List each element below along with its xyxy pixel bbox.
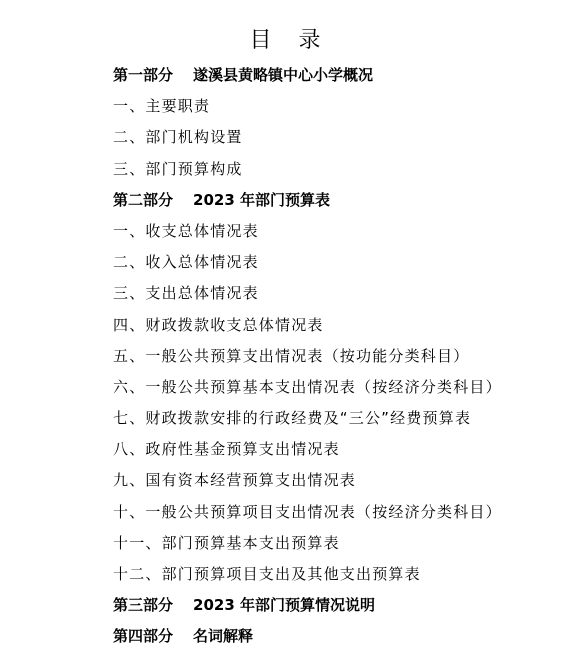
toc-item-table-4[interactable]: 四、财政拨款收支总体情况表 [113,310,502,341]
part-title: 2023 年部门预算情况说明 [193,596,375,614]
toc-part-4[interactable]: 第四部分名词解释 [113,621,502,652]
toc-item-budget-composition[interactable]: 三、部门预算构成 [113,154,502,185]
toc-item-table-7[interactable]: 七、财政拨款安排的行政经费及“三公”经费预算表 [113,403,502,434]
toc-item-table-8[interactable]: 八、政府性基金预算支出情况表 [113,434,502,465]
document-page: 目 录 第一部分遂溪县黄略镇中心小学概况 一、主要职责 二、部门机构设置 三、部… [0,0,575,654]
part-title: 2023 年部门预算表 [193,191,330,209]
toc-item-table-1[interactable]: 一、收支总体情况表 [113,216,502,247]
part-label: 第一部分 [113,60,173,91]
part-title: 遂溪县黄略镇中心小学概况 [193,66,373,84]
toc-item-table-9[interactable]: 九、国有资本经营预算支出情况表 [113,465,502,496]
toc-item-org-structure[interactable]: 二、部门机构设置 [113,122,502,153]
part-title: 名词解释 [193,627,253,645]
toc-item-table-5[interactable]: 五、一般公共预算支出情况表（按功能分类科目） [113,341,502,372]
toc-item-table-2[interactable]: 二、收入总体情况表 [113,247,502,278]
toc-item-table-11[interactable]: 十一、部门预算基本支出预算表 [113,528,502,559]
toc-item-table-3[interactable]: 三、支出总体情况表 [113,278,502,309]
part-label: 第二部分 [113,185,173,216]
toc-item-table-6[interactable]: 六、一般公共预算基本支出情况表（按经济分类科目） [113,372,502,403]
toc-part-3[interactable]: 第三部分2023 年部门预算情况说明 [113,590,502,621]
toc-part-1[interactable]: 第一部分遂溪县黄略镇中心小学概况 [113,60,502,91]
toc-title: 目 录 [0,26,575,56]
part-label: 第四部分 [113,621,173,652]
toc-part-2[interactable]: 第二部分2023 年部门预算表 [113,185,502,216]
toc-item-table-10[interactable]: 十、一般公共预算项目支出情况表（按经济分类科目） [113,497,502,528]
part-label: 第三部分 [113,590,173,621]
table-of-contents: 第一部分遂溪县黄略镇中心小学概况 一、主要职责 二、部门机构设置 三、部门预算构… [113,60,502,653]
toc-item-main-duties[interactable]: 一、主要职责 [113,91,502,122]
toc-item-table-12[interactable]: 十二、部门预算项目支出及其他支出预算表 [113,559,502,590]
